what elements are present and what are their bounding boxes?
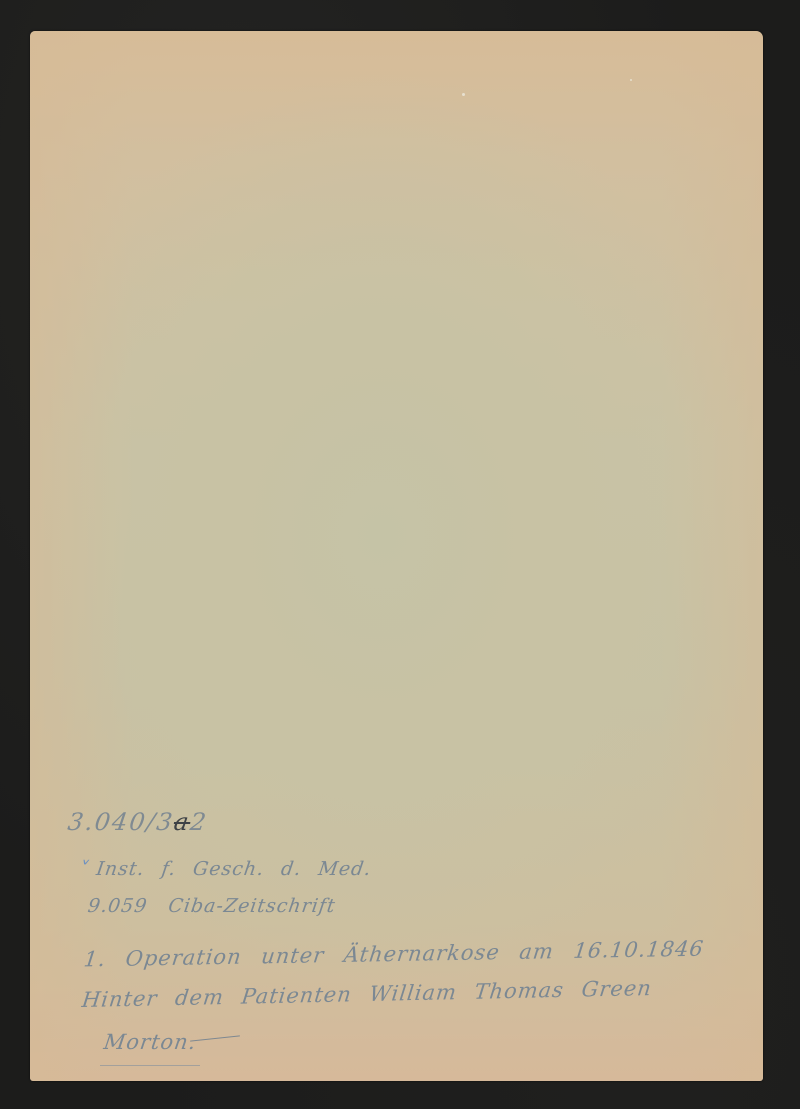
- check-tick-icon: ˅: [78, 858, 92, 880]
- underline-stroke: [100, 1065, 200, 1066]
- operation-note: 1. Operation unter Äthernarkose am 16.10…: [83, 937, 706, 972]
- catalog-number-prefix: 3.040/3: [66, 808, 176, 836]
- catalog-number-suffix: 2: [188, 808, 209, 836]
- surgeon-name: Morton.: [102, 1030, 198, 1054]
- patient-note: Hinter dem Patienten William Thomas Gree…: [81, 976, 654, 1012]
- source-note: 9.059 Ciba-Zeitschrift: [86, 895, 337, 917]
- catalog-number: 3.040/3a2: [66, 808, 210, 836]
- handwritten-annotation-block: 3.040/3a2 ˅Inst. f. Gesch. d. Med. 9.059…: [0, 0, 800, 1109]
- institute-note: ˅Inst. f. Gesch. d. Med.: [78, 858, 373, 880]
- pen-stroke: [190, 1035, 240, 1041]
- institute-text: Inst. f. Gesch. d. Med.: [95, 858, 373, 880]
